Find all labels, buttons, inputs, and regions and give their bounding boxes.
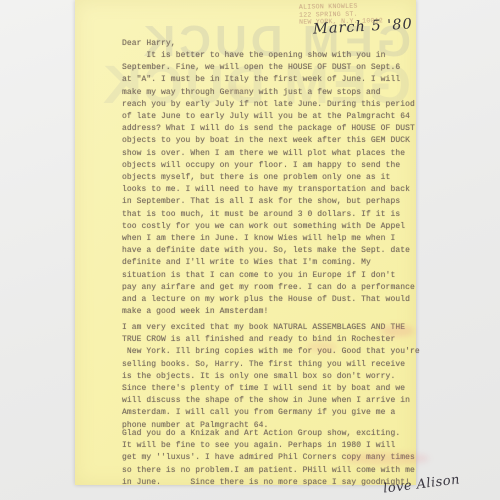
letter-paragraph-3: Glad you do a Knizak and Art Action Grou… [122,428,415,489]
salutation: Dear Harry, [122,38,176,50]
letter-paper: GEM DUCK GEM DUCK ALISON KNOWLES 122 SPR… [75,0,416,485]
letter-paragraph-2: I am very excited that my book NATURAL A… [122,322,420,432]
letter-paragraph-1: It is better to have the opening show wi… [122,50,415,318]
